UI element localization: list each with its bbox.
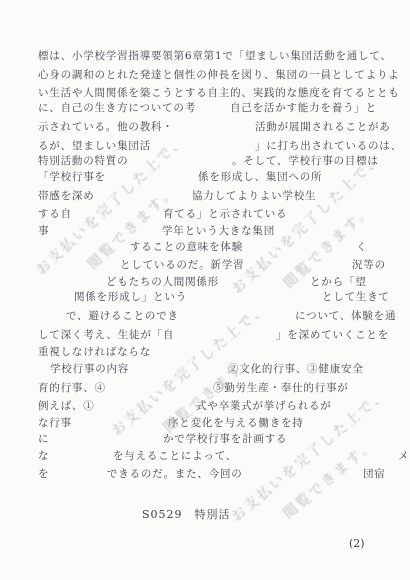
text-line: に、自己の生き方についての考自己を活かす能力を養う」と [0,102,410,115]
text-segment: ②文化的行事、③健康安全 [228,363,364,376]
text-segment: どもたちの人間関係形 [106,276,219,289]
document-page: 標は、小学校学習指導要領第6章第1で「望ましい集団活動を通して、心身の調和のとれ… [0,0,410,580]
text-line: どもたちの人間関係形とから「望 [0,276,410,289]
text-segment: 協力してよりよい学校生 [192,190,316,203]
text-segment: 団宿 [363,468,386,481]
text-segment: 式や卒業式が挙げられるが [196,400,332,413]
text-line: 学校行事の内容②文化的行事、③健康安全 [0,363,410,376]
text-line: をできるのだ。また、今回の団宿 [0,468,410,481]
text-segment: 育てる」と示されている [163,208,287,221]
text-segment: 学年という大きな集団 [162,225,275,238]
text-line: 事学年という大きな集団 [0,225,410,238]
text-line: 心身の調和のとれた発達と個性の伸長を図り、集団の一員としてよりよ [0,69,410,82]
text-segment: を与えることによって、 [113,450,237,463]
text-line: 特別活動の特質の。そして、学校行事の目標は [0,155,410,168]
text-segment: メ [398,450,409,463]
text-line: 帯感を深め協力してよりよい学校生 [0,190,410,203]
text-line: い生活や人間関係を築こうとする自主的、実践的な態度を育てるととも [0,87,410,100]
text-line: るが、望ましい集団活」に打ち出されているのは、 [0,140,410,153]
text-line: な行事序と変化を与える働きを持 [0,417,410,430]
text-segment: 」に打ち出されているのは、 [255,140,402,153]
text-segment: 重視しなければならな [38,346,151,359]
text-segment: 自己を活かす能力を養う」と [230,102,377,115]
text-segment: 学校行事の内容 [50,363,129,376]
text-line: 示されている。他の教科・活動が展開されることがあ [0,121,410,134]
text-segment: 係を形成し、集団への所 [198,171,322,184]
text-segment: 「学校行事を [38,171,106,184]
text-line: 「学校行事を係を形成し、集団への所 [0,171,410,184]
text-segment: るが、望ましい集団活 [38,140,151,153]
text-line: 育的行事、④⑤勤労生産・奉仕的行事が [0,382,410,395]
text-segment: できるのだ。また、今回の [107,468,243,481]
text-line: することの意味を体験く [0,241,410,254]
text-segment: に [38,433,49,446]
text-segment: 標は、小学校学習指導要領第6章第1で「望ましい集団活動を通して、 [38,50,392,63]
text-line: 関係を形成し」というとして生きて [0,291,410,304]
text-segment: 活動が展開されることがあ [255,121,391,134]
text-segment: することの意味を体験 [130,241,243,254]
text-segment: 関係を形成し」という [74,291,187,304]
text-segment: ⑤勤労生産・奉仕的行事が [213,382,349,395]
text-segment: 例えば、① [38,400,95,413]
text-line: 重視しなければならな [0,346,410,359]
text-line: する自育てる」と示されている [0,208,410,221]
text-segment: な [38,450,49,463]
text-segment: かで学校行事を計画する [163,433,287,446]
text-segment: 心身の調和のとれた発達と個性の伸長を図り、集団の一員としてよりよ [38,69,400,82]
text-segment: で、避けることのでき [66,310,179,323]
text-segment: する自 [38,208,72,221]
text-line: 標は、小学校学習指導要領第6章第1で「望ましい集団活動を通して、 [0,50,410,63]
text-segment: 事 [38,225,49,238]
text-segment: として生きて [322,291,390,304]
text-segment: 序と変化を与える働きを持 [168,417,304,430]
text-segment: 。そして、学校行事の目標は [232,155,379,168]
text-segment: とから「望 [310,276,367,289]
text-segment: い生活や人間関係を築こうとする自主的、実践的な態度を育てるととも [38,87,400,100]
text-segment: 況等の [352,259,386,272]
text-segment: して深く考え、生徒が「自 [38,329,174,342]
text-segment: 育的行事、④ [38,382,106,395]
text-line: としているのだ。新学習況等の [0,259,410,272]
text-segment: 特別活動の特質の [38,155,128,168]
text-line: なを与えることによって、メ [0,450,410,463]
text-segment: について、体験を通 [295,310,396,323]
page-number: (2) [349,537,365,550]
footer-document-code: S0529 特別活 [142,506,231,522]
text-line: して深く考え、生徒が「自」を深めていくことを [0,329,410,342]
text-segment: 示されている。他の教科・ [38,121,174,134]
text-segment: に、自己の生き方についての考 [38,102,196,115]
text-segment: な行事 [38,417,72,430]
text-segment: としているのだ。新学習 [120,259,244,272]
text-segment: を [38,468,49,481]
text-segment: 帯感を深め [38,190,95,203]
text-segment: く [356,241,367,254]
text-line: で、避けることのできについて、体験を通 [0,310,410,323]
text-line: 例えば、①式や卒業式が挙げられるが [0,400,410,413]
text-segment: 」を深めていくことを [276,329,389,342]
text-line: にかで学校行事を計画する [0,433,410,446]
